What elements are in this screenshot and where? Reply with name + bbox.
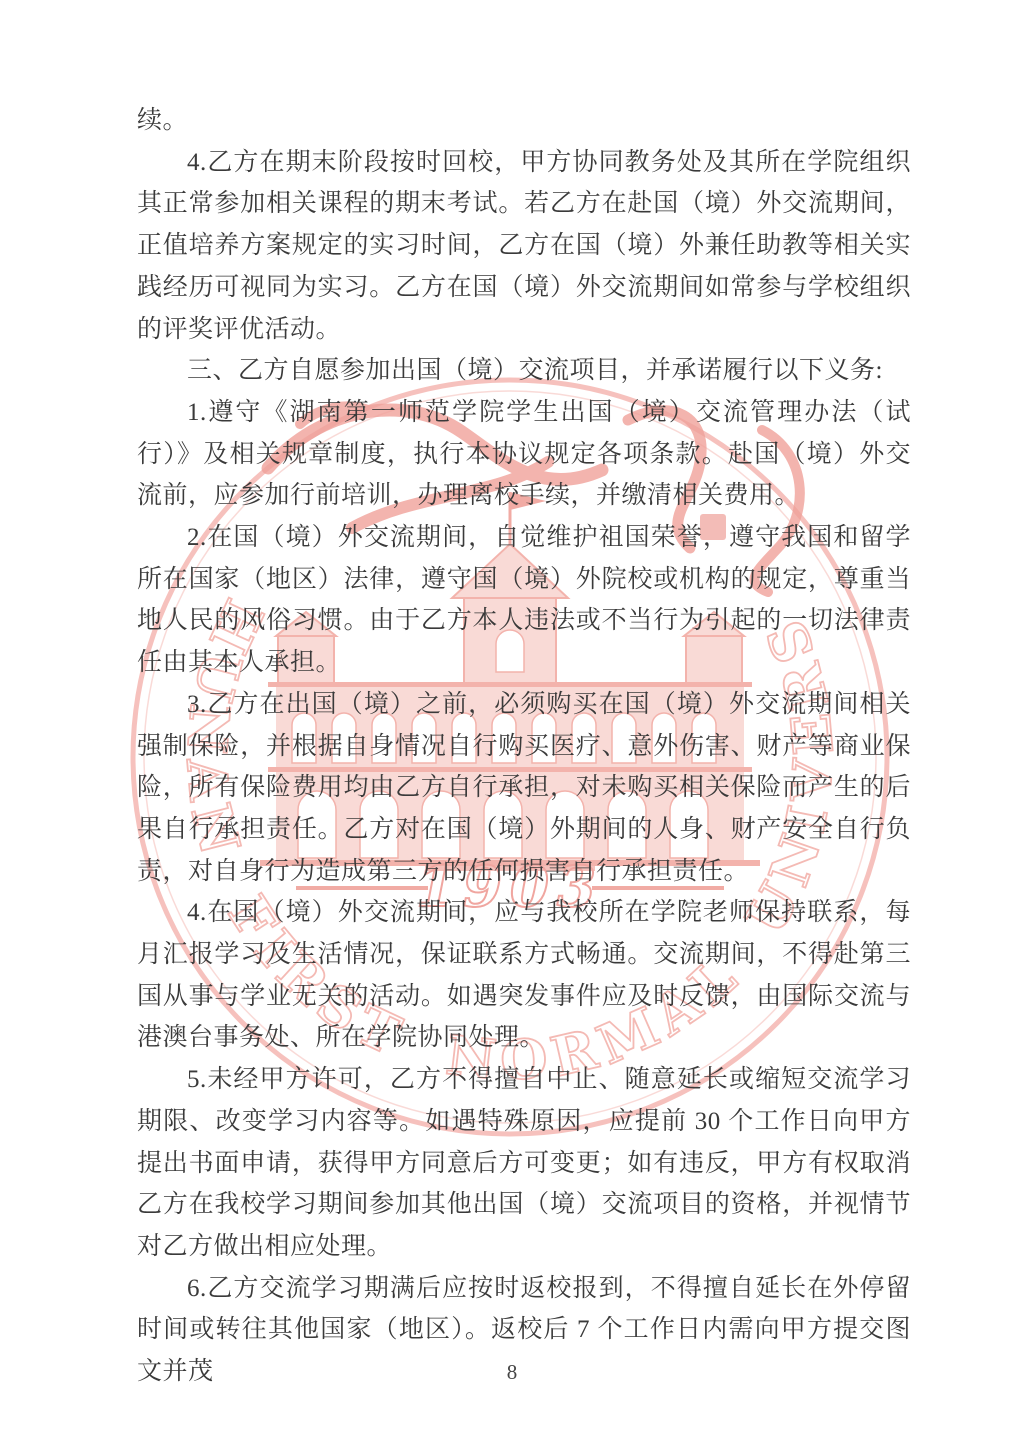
section-3-heading: 三、乙方自愿参加出国（境）交流项目，并承诺履行以下义务: [137,350,911,392]
clause-3-item-3: 3.乙方在出国（境）之前，必须购买在国（境）外交流期间相关强制保险，并根据自身情… [137,684,911,893]
clause-3-item-4: 4.在国（境）外交流期间，应与我校所在学院老师保持联系，每月汇报学习及生活情况，… [137,892,911,1059]
page-number: 8 [0,1360,1024,1385]
clause-3-item-1: 1.遵守《湖南第一师范学院学生出国（境）交流管理办法（试行）》及相关规章制度，执… [137,392,911,517]
paragraph-continuation: 续。 [137,100,911,142]
document-body: 续。 4.乙方在期末阶段按时回校，甲方协同教务处及其所在学院组织其正常参加相关课… [137,100,911,1393]
document-page: HUNAN FIRST NORMAL UNIVERSITY [0,0,1024,1447]
clause-3-item-2: 2.在国（境）外交流期间，自觉维护祖国荣誉，遵守我国和留学所在国家（地区）法律，… [137,517,911,684]
clause-2-item-4: 4.乙方在期末阶段按时回校，甲方协同教务处及其所在学院组织其正常参加相关课程的期… [137,142,911,351]
clause-3-item-5: 5.未经甲方许可，乙方不得擅自中止、随意延长或缩短交流学习期限、改变学习内容等。… [137,1059,911,1268]
